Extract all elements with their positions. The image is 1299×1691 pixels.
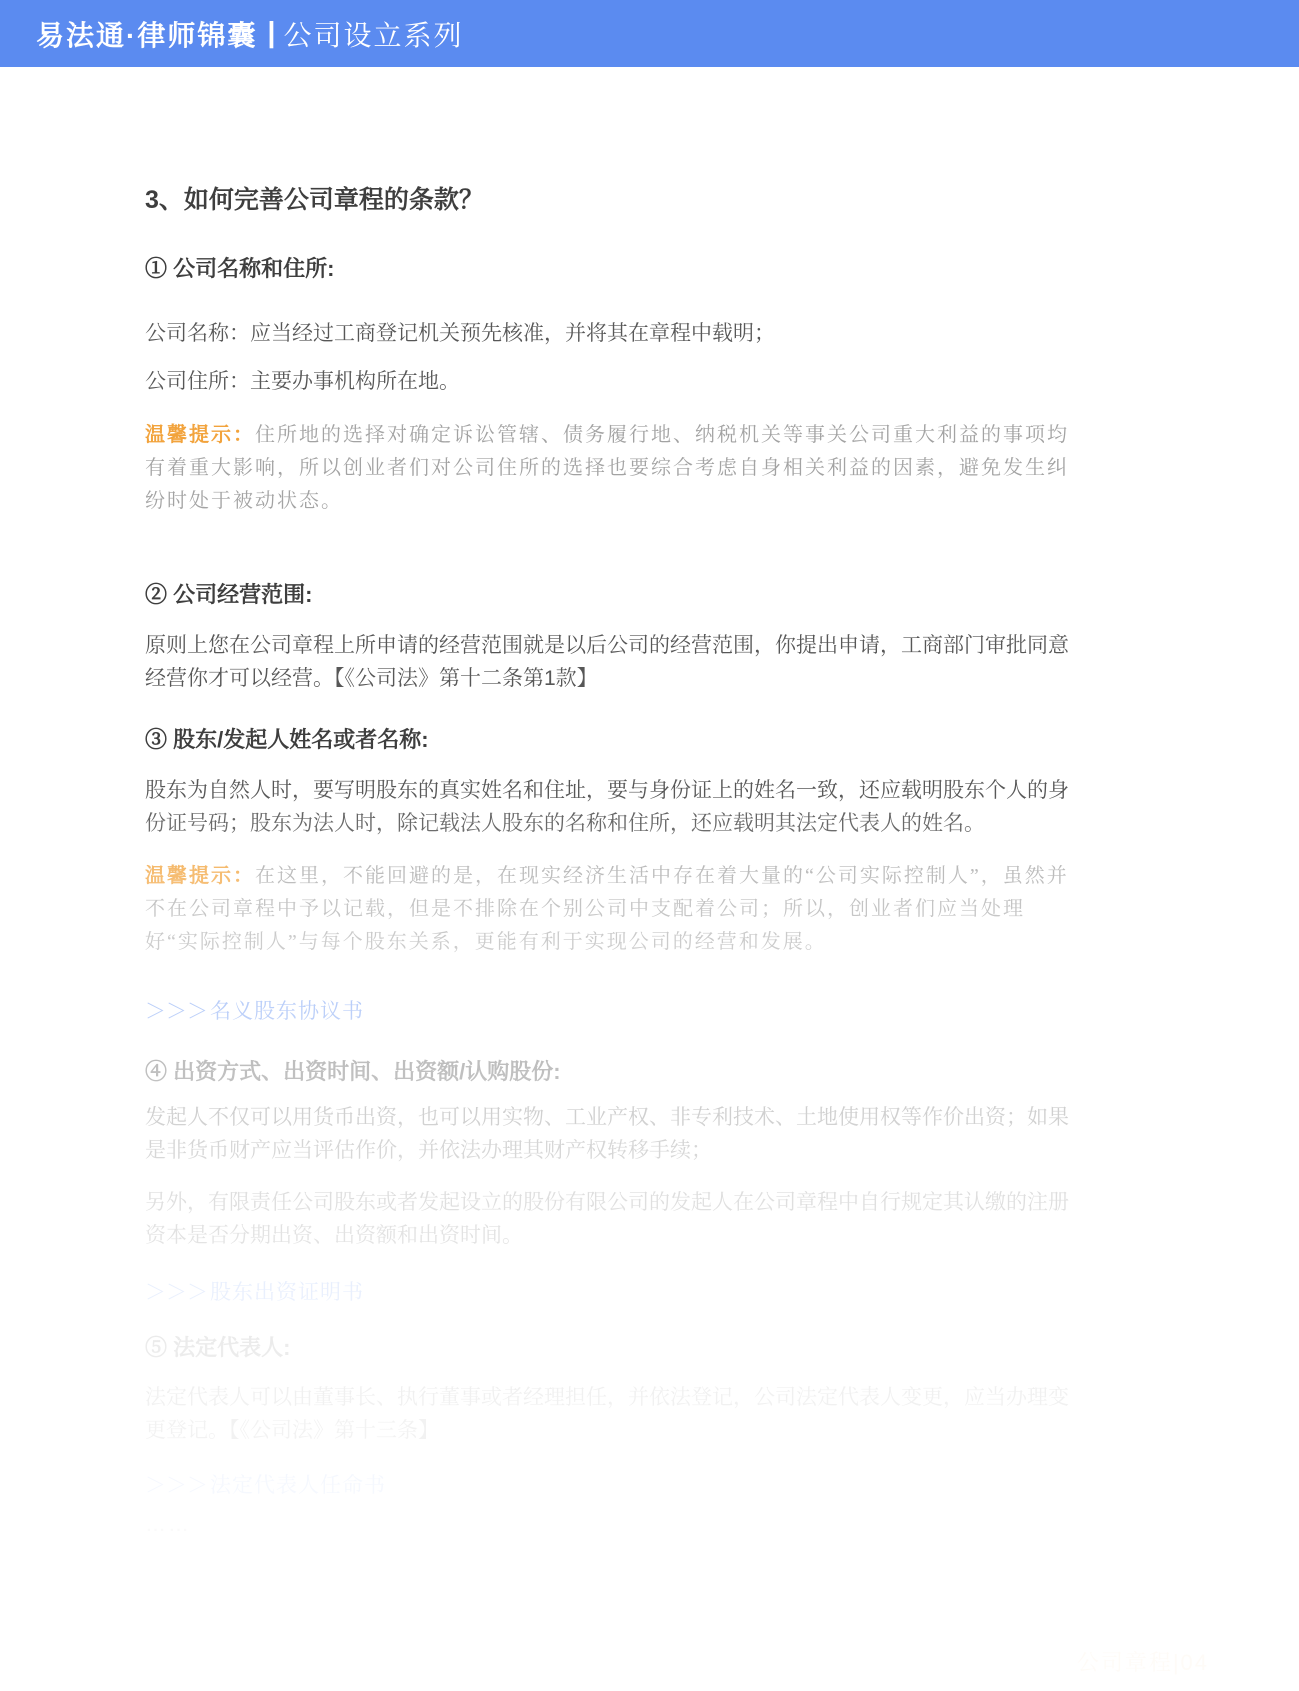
link-label: 股东出资证明书 [210, 1281, 364, 1304]
link-nominal-shareholder-agreement[interactable]: ＞＞＞名义股东协议书 [145, 997, 1070, 1027]
paragraph-company-name: 公司名称：应当经过工商登记机关预先核准，并将其在章程中载明； [145, 317, 1070, 350]
section-heading-business-scope: ② 公司经营范围: [145, 581, 1070, 609]
section-heading-name-address: ① 公司名称和住所: [145, 255, 1070, 283]
chevron-right-icon: ＞＞＞ [145, 1281, 208, 1304]
section-heading-shareholders: ③ 股东/发起人姓名或者名称: [145, 726, 1070, 754]
document-body: 3、如何完善公司章程的条款？ ① 公司名称和住所: 公司名称：应当经过工商登记机… [145, 0, 1070, 1537]
chevron-right-icon: ＞＞＞ [145, 1000, 208, 1023]
content-ellipsis: …… [145, 1513, 1070, 1537]
link-label: 法定代表人任命书 [210, 1474, 386, 1497]
tip-text: 住所地的选择对确定诉讼管辖、债务履行地、纳税机关等事关公司重大利益的事项均有着重… [145, 424, 1069, 512]
paragraph-shareholders: 股东为自然人时，要写明股东的真实姓名和住址，要与身份证上的姓名一致，还应载明股东… [145, 774, 1070, 840]
link-legal-representative-appointment[interactable]: ＞＞＞法定代表人任命书 [145, 1471, 1070, 1501]
paragraph-legal-representative: 法定代表人可以由董事长、执行董事或者经理担任，并依法登记，公司法定代表人变更，应… [145, 1381, 1070, 1447]
tip-label: 温馨提示： [145, 865, 255, 887]
tip-actual-controller: 温馨提示：在这里，不能回避的是，在现实经济生活中存在着大量的“公司实际控制人”，… [145, 860, 1070, 959]
paragraph-contribution-methods: 发起人不仅可以用货币出资，也可以用实物、工业产权、非专利技术、土地使用权等作价出… [145, 1101, 1070, 1167]
paragraph-company-address: 公司住所：主要办事机构所在地。 [145, 365, 1070, 398]
page-footer: 公司章程|04 [1077, 1646, 1209, 1677]
paragraph-business-scope: 原则上您在公司章程上所申请的经营范围就是以后公司的经营范围，你提出申请，工商部门… [145, 629, 1070, 695]
tip-label: 温馨提示： [145, 424, 255, 446]
link-label: 名义股东协议书 [210, 1000, 364, 1023]
link-contribution-certificate[interactable]: ＞＞＞股东出资证明书 [145, 1278, 1070, 1308]
section-heading-capital-contribution: ④ 出资方式、出资时间、出资额/认购股份: [145, 1058, 1070, 1086]
chevron-right-icon: ＞＞＞ [145, 1474, 208, 1497]
section-heading-legal-representative: ⑤ 法定代表人: [145, 1334, 1070, 1362]
page-title: 3、如何完善公司章程的条款？ [145, 185, 1070, 215]
tip-address-choice: 温馨提示：住所地的选择对确定诉讼管辖、债务履行地、纳税机关等事关公司重大利益的事… [145, 419, 1070, 518]
paragraph-contribution-schedule: 另外，有限责任公司股东或者发起设立的股份有限公司的发起人在公司章程中自行规定其认… [145, 1186, 1070, 1252]
tip-text: 在这里，不能回避的是，在现实经济生活中存在着大量的“公司实际控制人”，虽然并不在… [145, 865, 1069, 953]
